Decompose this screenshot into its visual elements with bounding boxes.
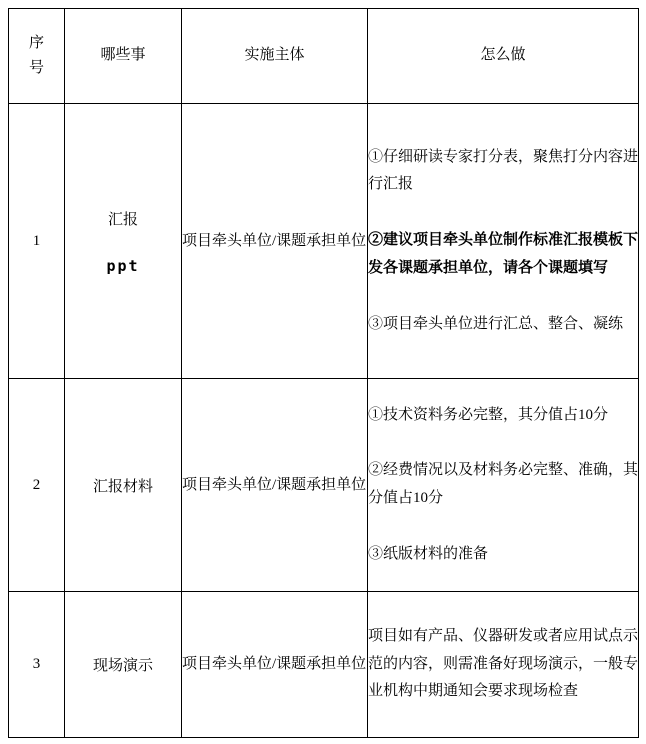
how-paragraph: ②建议项目牵头单位制作标准汇报模板下发各课题承担单位，请各个课题填写 <box>368 227 638 283</box>
task-cell: 汇报 ppt <box>65 104 182 379</box>
task-subtitle: ppt <box>65 257 181 275</box>
how-paragraph: ③纸版材料的准备 <box>368 541 638 569</box>
row-index-cell: 2 <box>9 379 65 592</box>
how-paragraph: 项目如有产品、仪器研发或者应用试点示范的内容，则需准备好现场演示，一般专业机构中… <box>368 623 638 706</box>
subject-cell: 项目牵头单位/课题承担单位 <box>182 104 368 379</box>
task-title: 汇报 <box>65 208 181 229</box>
how-cell: 项目如有产品、仪器研发或者应用试点示范的内容，则需准备好现场演示，一般专业机构中… <box>368 592 639 738</box>
table-header-row: 序号 哪些事 实施主体 怎么做 <box>9 9 639 104</box>
task-title: 现场演示 <box>65 654 181 675</box>
document-page: 序号 哪些事 实施主体 怎么做 1 汇报 ppt 项目牵头单位/课题承担单位 ①… <box>0 0 646 744</box>
task-title: 汇报材料 <box>65 475 181 496</box>
subject-cell: 项目牵头单位/课题承担单位 <box>182 592 368 738</box>
header-cell-subject: 实施主体 <box>182 9 368 104</box>
subject-cell: 项目牵头单位/课题承担单位 <box>182 379 368 592</box>
how-cell: ①技术资料务必完整，其分值占10分 ②经费情况以及材料务必完整、准确，其分值占1… <box>368 379 639 592</box>
how-paragraph: ②经费情况以及材料务必完整、准确，其分值占10分 <box>368 457 638 513</box>
header-cell-index: 序号 <box>9 9 65 104</box>
row-index-cell: 1 <box>9 104 65 379</box>
task-cell: 汇报材料 <box>65 379 182 592</box>
table-row: 3 现场演示 项目牵头单位/课题承担单位 项目如有产品、仪器研发或者应用试点示范… <box>9 592 639 738</box>
how-paragraph: ③项目牵头单位进行汇总、整合、凝练 <box>368 311 638 339</box>
how-cell: ①仔细研读专家打分表，聚焦打分内容进行汇报 ②建议项目牵头单位制作标准汇报模板下… <box>368 104 639 379</box>
how-paragraph: ①技术资料务必完整，其分值占10分 <box>368 402 638 430</box>
header-index-label: 序号 <box>28 31 46 82</box>
task-table: 序号 哪些事 实施主体 怎么做 1 汇报 ppt 项目牵头单位/课题承担单位 ①… <box>8 8 639 738</box>
task-cell: 现场演示 <box>65 592 182 738</box>
table-row: 2 汇报材料 项目牵头单位/课题承担单位 ①技术资料务必完整，其分值占10分 ②… <box>9 379 639 592</box>
header-cell-how: 怎么做 <box>368 9 639 104</box>
header-cell-task: 哪些事 <box>65 9 182 104</box>
how-paragraph: ①仔细研读专家打分表，聚焦打分内容进行汇报 <box>368 144 638 200</box>
row-index-cell: 3 <box>9 592 65 738</box>
table-row: 1 汇报 ppt 项目牵头单位/课题承担单位 ①仔细研读专家打分表，聚焦打分内容… <box>9 104 639 379</box>
